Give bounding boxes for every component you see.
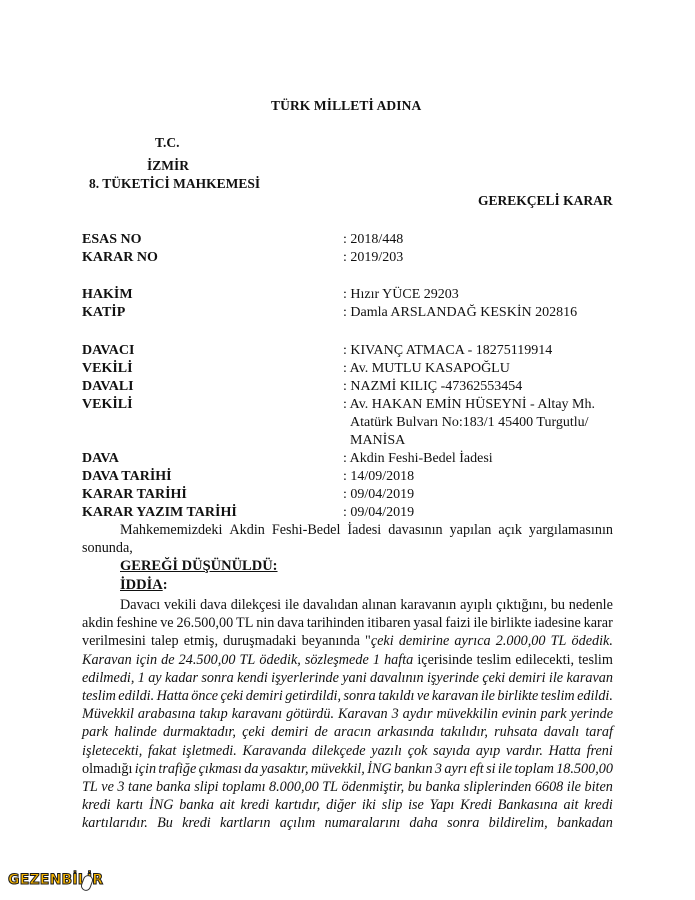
- word: de: [161, 651, 174, 669]
- field-value-davali-vekili: : Av. HAKAN EMİN HÜSEYNİ - Altay Mh.: [343, 397, 595, 413]
- word: açık: [498, 522, 522, 539]
- word: 18.500,00: [556, 760, 613, 778]
- word: fakat: [148, 742, 176, 760]
- field-label-davali: DAVALI: [82, 379, 134, 395]
- word: arkasında: [377, 723, 434, 741]
- word: ile: [498, 760, 512, 778]
- word: yasal: [413, 614, 442, 632]
- field-value-davaci-vekili: : Av. MUTLU KASAPOĞLU: [343, 361, 510, 377]
- word: banka: [179, 796, 214, 814]
- intro-line-1: MahkememizdekiAkdinFeshi-Bedelİadesidava…: [120, 522, 613, 539]
- word: etmiş,: [184, 632, 218, 650]
- word: işyerlerinde: [271, 669, 339, 687]
- word: ile: [473, 614, 487, 632]
- field-label-esas-no: ESAS NO: [82, 232, 142, 248]
- word: Feshi-Bedel: [272, 522, 341, 539]
- word: olmadığı: [82, 760, 132, 778]
- field-value-karar-no: : 2019/203: [343, 250, 403, 266]
- word: 8.000,00: [269, 778, 319, 796]
- word: slipi: [194, 778, 218, 796]
- word: işletmedi.: [182, 742, 237, 760]
- word: kartılarıdır.: [82, 814, 148, 832]
- word: kredi: [182, 814, 211, 832]
- field-label-hakim: HAKİM: [82, 287, 133, 303]
- word: "çeki: [365, 632, 394, 650]
- word: sonra: [343, 687, 375, 705]
- word: TL: [236, 614, 253, 632]
- word: çeki: [242, 723, 265, 741]
- word: yasaktır,: [261, 760, 309, 778]
- word: ile: [481, 687, 495, 705]
- word: kartların: [220, 814, 270, 832]
- word: beyanında: [302, 632, 360, 650]
- word: akdin: [82, 614, 114, 632]
- city-label: İZMİR: [147, 158, 189, 174]
- word: taraf: [585, 723, 613, 741]
- word: bankadan: [557, 814, 613, 832]
- word: ayrı: [444, 760, 467, 778]
- word: 24.500,00: [179, 651, 236, 669]
- word: Bankasına: [498, 796, 558, 814]
- word: işletecekti,: [82, 742, 142, 760]
- intro-line-2: sonunda,: [82, 540, 133, 557]
- word: aracın: [334, 723, 371, 741]
- word: sayıda: [433, 742, 470, 760]
- word: teslim: [541, 687, 575, 705]
- word: demirine: [399, 632, 449, 650]
- word: davalının: [370, 669, 424, 687]
- word: Karavanda: [242, 742, 306, 760]
- word: TL: [322, 778, 338, 796]
- word: vekili: [164, 596, 196, 614]
- word: İadesi: [347, 522, 381, 539]
- word: diğer: [326, 796, 356, 814]
- word: Davacı: [120, 596, 160, 614]
- word: faizi: [445, 614, 470, 632]
- word: götürdü.: [286, 705, 334, 723]
- word: dava: [200, 596, 227, 614]
- word: eft: [470, 760, 484, 778]
- word: 26.500,00: [176, 614, 233, 632]
- word: TL: [82, 778, 98, 796]
- word: davasının: [388, 522, 442, 539]
- word: ödenmiştir,: [342, 778, 405, 796]
- word: nin: [256, 614, 274, 632]
- word: edildi.: [118, 687, 154, 705]
- word: Mahkememizdeki: [120, 522, 222, 539]
- word: Hatta: [549, 742, 581, 760]
- word: müvekkil,: [311, 760, 365, 778]
- heading-iddia-text: İDDİA: [120, 577, 163, 593]
- word: ve: [160, 614, 173, 632]
- body-line: Karavaniçinde24.500,00TLödedik,sözleşmed…: [82, 651, 613, 669]
- field-value-esas-no: : 2018/448: [343, 232, 403, 248]
- word: davalı: [544, 723, 579, 741]
- word: Yapı: [430, 796, 455, 814]
- word: trafiğe: [158, 760, 196, 778]
- field-label-karar-tarihi: KARAR TARİHİ: [82, 487, 187, 503]
- word: içerisinde: [417, 651, 472, 669]
- document-title: TÜRK MİLLETİ ADINA: [271, 98, 421, 114]
- word: kendi: [237, 669, 268, 687]
- word: 1: [138, 669, 145, 687]
- word: TL: [240, 651, 256, 669]
- word: de: [314, 723, 327, 741]
- word: 3: [392, 705, 399, 723]
- word: ait: [220, 796, 235, 814]
- word: evinin: [502, 705, 537, 723]
- word: durmaktadır,: [163, 723, 236, 741]
- body-line: olmadığıiçintrafiğeçıkmasıdayasaktır,müv…: [82, 760, 613, 778]
- word: freni: [587, 742, 613, 760]
- word: ödedik.: [572, 632, 613, 650]
- word: iadesine: [534, 614, 580, 632]
- word: sliplerinden: [464, 778, 532, 796]
- word: yani: [342, 669, 366, 687]
- word: davalıdan: [303, 596, 358, 614]
- court-name: 8. TÜKETİCİ MAHKEMESİ: [89, 176, 260, 192]
- field-label-dava: DAVA: [82, 451, 119, 467]
- word: demiri: [246, 687, 283, 705]
- word: ayrıca: [454, 632, 490, 650]
- word: tane: [128, 778, 152, 796]
- word: halinde: [114, 723, 157, 741]
- word: ile: [567, 778, 581, 796]
- word: çeki: [221, 687, 244, 705]
- word: 2.000,00: [496, 632, 546, 650]
- word: ruhsata: [494, 723, 537, 741]
- word: takıldı: [378, 687, 414, 705]
- word: İNG: [149, 796, 173, 814]
- body-line: verilmesinitalepetmiş,duruşmadakibeyanın…: [82, 632, 613, 650]
- word: 3: [117, 778, 124, 796]
- word: karavanı: [232, 705, 282, 723]
- word: ayıp: [476, 742, 500, 760]
- word: İNG: [367, 760, 391, 778]
- field-label-katip: KATİP: [82, 305, 125, 321]
- word: Hatta: [157, 687, 189, 705]
- word: bildirelim,: [489, 814, 548, 832]
- word: kartıdır,: [275, 796, 320, 814]
- word: bu: [408, 778, 422, 796]
- word: Akdin: [229, 522, 264, 539]
- word: dilekçede: [312, 742, 366, 760]
- field-label-dava-tarihi: DAVA TARİHİ: [82, 469, 172, 485]
- word: duruşmadaki: [223, 632, 296, 650]
- word: işyerinde: [427, 669, 479, 687]
- word: arabasına: [138, 705, 196, 723]
- word: teslim: [578, 651, 613, 669]
- word: Kredi: [460, 796, 492, 814]
- body-line: işletecekti,fakatişletmedi.Karavandadile…: [82, 742, 613, 760]
- field-label-davaci-vekili: VEKİLİ: [82, 361, 133, 377]
- field-label-karar-yazim-tarihi: KARAR YAZIM TARİHİ: [82, 505, 237, 521]
- field-value-katip: : Damla ARSLANDAĞ KESKİN 202816: [343, 305, 577, 321]
- word: hafta: [384, 651, 413, 669]
- word: nedenle: [569, 596, 613, 614]
- word: teslim: [477, 651, 512, 669]
- word: yazılı: [371, 742, 402, 760]
- word: si: [486, 760, 495, 778]
- word: bu: [551, 596, 565, 614]
- word: çeki: [482, 669, 505, 687]
- word: banka: [425, 778, 460, 796]
- word: bankın: [394, 760, 433, 778]
- word: Müvekkil: [82, 705, 134, 723]
- body-line: kartılarıdır.Bukredikartlarınaçılımnumar…: [82, 814, 613, 832]
- heading-iddia: İDDİA:: [120, 577, 168, 594]
- word: takılıdır,: [440, 723, 488, 741]
- word: aydır: [403, 705, 433, 723]
- word: getirdildi,: [285, 687, 341, 705]
- word: ile: [549, 669, 563, 687]
- decision-type: GEREKÇELİ KARAR: [478, 193, 613, 209]
- field-value-davaci: : KIVANÇ ATMACA - 18275119914: [343, 343, 552, 359]
- word: çıktığını,: [496, 596, 547, 614]
- body-line: Müvekkilarabasınatakıpkaravanıgötürdü.Ka…: [82, 705, 613, 723]
- word: yerinde: [570, 705, 613, 723]
- word: karavan: [566, 669, 613, 687]
- word: Karavan: [338, 705, 388, 723]
- word: dava: [277, 614, 304, 632]
- field-value-davali-vekili-line3: MANİSA: [350, 433, 405, 449]
- field-value-davali-vekili-line2: Atatürk Bulvarı No:183/1 45400 Turgutlu/: [350, 415, 589, 431]
- word: yapılan: [450, 522, 492, 539]
- word: Karavan: [82, 651, 132, 669]
- word: edilecekti,: [515, 651, 574, 669]
- body-line: Davacıvekilidavadilekçesiiledavalıdanalı…: [82, 596, 613, 614]
- field-label-davali-vekili: VEKİLİ: [82, 397, 133, 413]
- word: slip: [382, 796, 403, 814]
- word: 1: [373, 651, 380, 669]
- field-value-dava: : Akdin Feshi-Bedel İadesi: [343, 451, 493, 467]
- word: demiri: [271, 723, 308, 741]
- word: edildi.: [577, 687, 613, 705]
- word: ile: [285, 596, 299, 614]
- word: sonra: [447, 814, 479, 832]
- word: dilekçesi: [231, 596, 281, 614]
- word: iki: [362, 796, 376, 814]
- word: Bu: [157, 814, 173, 832]
- field-value-karar-tarihi: : 09/04/2019: [343, 487, 414, 503]
- word: sonra: [201, 669, 233, 687]
- field-value-hakim: : Hızır YÜCE 29203: [343, 287, 459, 303]
- word: demiri: [509, 669, 546, 687]
- body-line: edilmedi,1aykadarsonrakendiişyerlerindey…: [82, 669, 613, 687]
- word: kredi: [241, 796, 270, 814]
- body-line: parkhalindedurmaktadır,çekidemiridearacı…: [82, 723, 613, 741]
- word: daha: [409, 814, 437, 832]
- word: takıp: [199, 705, 227, 723]
- word: ay: [148, 669, 161, 687]
- word: kredi: [82, 796, 111, 814]
- field-value-dava-tarihi: : 14/09/2018: [343, 469, 414, 485]
- word: karar: [584, 614, 613, 632]
- word: park: [82, 723, 108, 741]
- word: TL: [551, 632, 567, 650]
- word: müvekkilin: [437, 705, 498, 723]
- word: kartı: [116, 796, 143, 814]
- body-line: kredikartıİNGbankaaitkredikartıdır,diğer…: [82, 796, 613, 814]
- republic-label: T.C.: [155, 135, 180, 151]
- word: kadar: [165, 669, 198, 687]
- word: talep: [151, 632, 179, 650]
- word: park: [541, 705, 567, 723]
- word: için: [135, 760, 156, 778]
- field-label-karar-no: KARAR NO: [82, 250, 158, 266]
- word: 6608: [535, 778, 563, 796]
- word: ayıplı: [460, 596, 492, 614]
- word: birlikte: [491, 614, 532, 632]
- word: ve: [417, 687, 430, 705]
- word: ödedik,: [259, 651, 300, 669]
- word: çok: [408, 742, 428, 760]
- word: birlikte: [497, 687, 538, 705]
- claim-paragraph: Davacıvekilidavadilekçesiiledavalıdanalı…: [82, 596, 613, 833]
- heading-iddia-colon: :: [163, 577, 168, 593]
- body-line: akdinfeshineve26.500,00TLnindavatarihind…: [82, 614, 613, 632]
- body-line: teslimedildi.Hattaönceçekidemirigetirdil…: [82, 687, 613, 705]
- word: numaralarını: [324, 814, 400, 832]
- field-label-davaci: DAVACI: [82, 343, 134, 359]
- word: itibaren: [367, 614, 410, 632]
- word: karavanın: [400, 596, 456, 614]
- word: sözleşmede: [305, 651, 369, 669]
- word: banka: [156, 778, 191, 796]
- word: toplamı: [222, 778, 265, 796]
- word: alınan: [362, 596, 397, 614]
- body-line: TLve3tanebankaslipitoplamı8.000,00TLöden…: [82, 778, 613, 796]
- word: feshine: [116, 614, 157, 632]
- word: biten: [584, 778, 612, 796]
- word: teslim: [82, 687, 116, 705]
- word: ve: [101, 778, 114, 796]
- word: da: [244, 760, 258, 778]
- word: ait: [563, 796, 578, 814]
- word: edilmedi,: [82, 669, 134, 687]
- word: kredi: [584, 796, 613, 814]
- word: çıkması: [199, 760, 242, 778]
- word: yargılamasının: [529, 522, 613, 539]
- field-value-karar-yazim-tarihi: : 09/04/2019: [343, 505, 414, 521]
- word: tarihinden: [307, 614, 365, 632]
- heading-geregi-dusunuldu: GEREĞİ DÜŞÜNÜLDÜ:: [120, 558, 278, 575]
- word: karavan: [432, 687, 479, 705]
- word: toplam: [514, 760, 553, 778]
- word: verilmesini: [82, 632, 146, 650]
- word: açılım: [280, 814, 315, 832]
- word: için: [136, 651, 157, 669]
- field-value-davali: : NAZMİ KILIÇ -47362553454: [343, 379, 522, 395]
- word: önce: [191, 687, 218, 705]
- word: ise: [408, 796, 424, 814]
- word: vardır.: [506, 742, 543, 760]
- word: 3: [435, 760, 442, 778]
